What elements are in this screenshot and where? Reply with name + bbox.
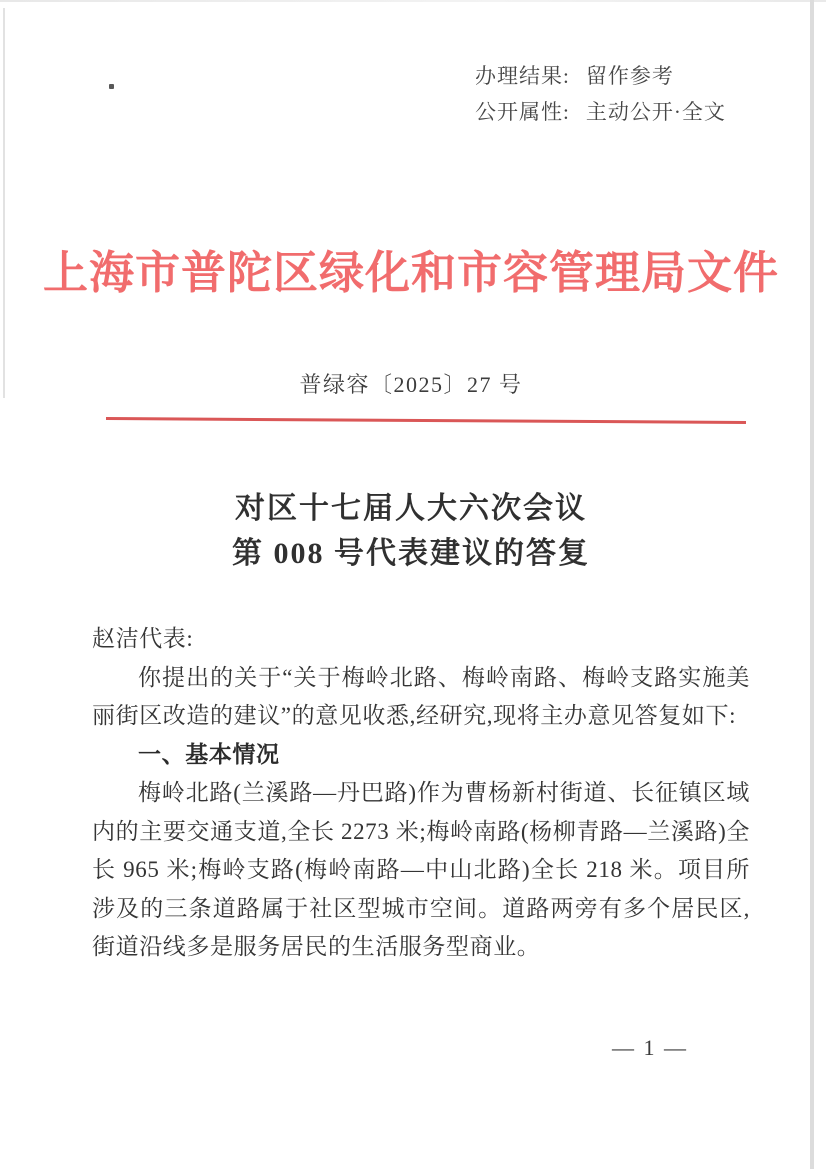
letterhead-org-title: 上海市普陀区绿化和市容管理局文件 [0,236,822,301]
scan-edge-left [3,8,5,398]
processing-result-value: 留作参考 [586,58,674,94]
subject-title-line2: 第 008 号代表建议的答复 [0,531,822,576]
scan-speck [109,84,114,89]
processing-result-row: 办理结果: 留作参考 [475,58,726,94]
document-number: 普绿容〔2025〕27 号 [0,368,822,399]
section-1-heading: 一、基本情况 [92,736,750,775]
salutation: 赵洁代表: [92,620,750,659]
subject-title-line1: 对区十七届人大六次会议 [0,486,822,531]
body-paragraph-2: 梅岭北路(兰溪路—丹巴路)作为曹杨新村街道、长征镇区域内的主要交通支道,全长 2… [92,774,750,967]
scan-edge-right [810,0,814,1169]
subject-title: 对区十七届人大六次会议 第 008 号代表建议的答复 [0,486,822,576]
page-number: — 1 — [595,1035,705,1061]
letterhead-red-rule [106,417,746,424]
processing-result-label: 办理结果: [475,58,570,94]
publicity-attribute-row: 公开属性: 主动公开·全文 [475,94,726,130]
publicity-attribute-label: 公开属性: [475,94,570,130]
scanned-document-page: 办理结果: 留作参考 公开属性: 主动公开·全文 上海市普陀区绿化和市容管理局文… [0,0,826,1169]
scan-edge-top [0,0,826,2]
document-meta-block: 办理结果: 留作参考 公开属性: 主动公开·全文 [475,58,726,130]
publicity-attribute-value: 主动公开·全文 [586,94,726,130]
document-body: 赵洁代表: 你提出的关于“关于梅岭北路、梅岭南路、梅岭支路实施美丽街区改造的建议… [92,620,750,967]
body-paragraph-1: 你提出的关于“关于梅岭北路、梅岭南路、梅岭支路实施美丽街区改造的建议”的意见收悉… [92,659,750,736]
